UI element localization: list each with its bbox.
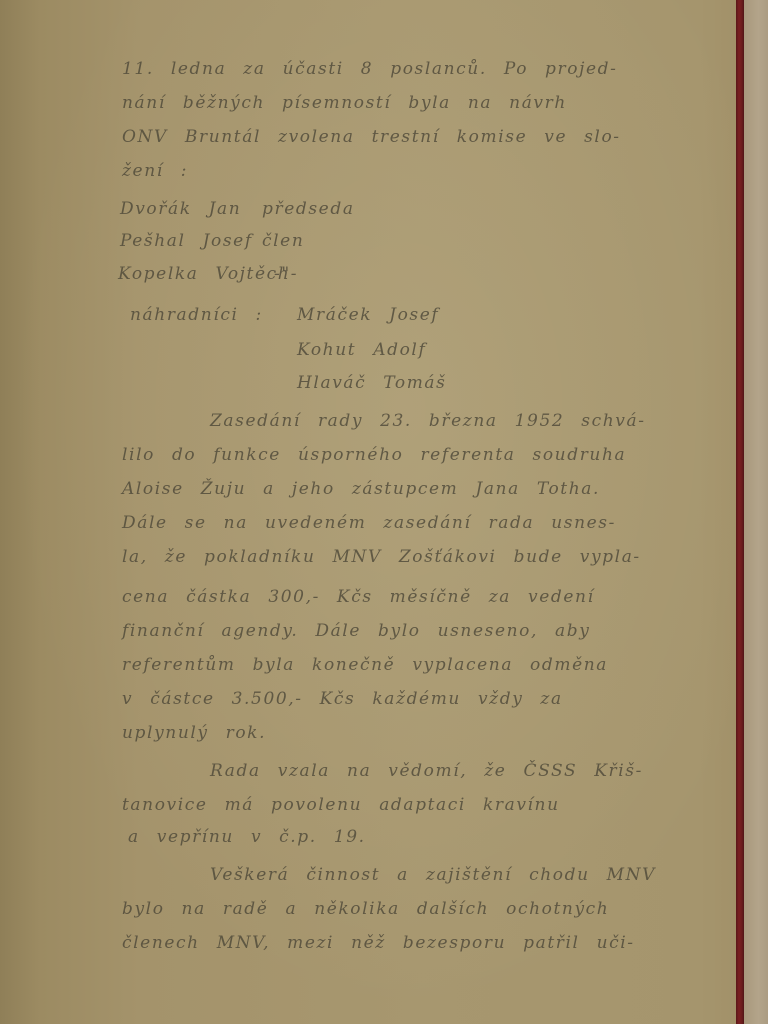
substitutes-label: náhradníci : xyxy=(130,298,263,332)
text-line: nání běžných písemností byla na návrh xyxy=(122,86,567,120)
text-line: Aloise Žuju a jeho zástupcem Jana Totha. xyxy=(122,472,600,506)
text-line: referentům byla konečně vyplacena odměna xyxy=(122,648,608,682)
member-role: -"- xyxy=(274,257,298,291)
text-line: Rada vzala na vědomí, že ČSSS Křiš- xyxy=(210,754,643,788)
member-role: člen xyxy=(262,224,304,258)
member-name: Dvořák Jan xyxy=(120,192,241,226)
text-line: cena částka 300,- Kčs měsíčně za vedení xyxy=(122,580,595,614)
text-line: ONV Bruntál zvolena trestní komise ve sl… xyxy=(122,120,621,154)
text-line: v částce 3.500,- Kčs každému vždy za xyxy=(122,682,563,716)
text-line: lilo do funkce úsporného referenta soudr… xyxy=(122,438,626,472)
text-line: členech MNV, mezi něž bezesporu patřil u… xyxy=(122,926,635,960)
member-name: Pešhal Josef xyxy=(120,224,253,258)
text-line: žení : xyxy=(122,154,188,188)
substitute-name: Mráček Josef xyxy=(297,298,439,332)
text-line: bylo na radě a několika dalších ochotnýc… xyxy=(122,892,609,926)
book-cover-edge xyxy=(744,0,768,1024)
text-line: 11. ledna za účasti 8 poslanců. Po proje… xyxy=(122,52,617,86)
substitute-name: Kohut Adolf xyxy=(297,333,426,367)
text-line: Veškerá činnost a zajištění chodu MNV xyxy=(210,858,656,892)
text-line: la, že pokladníku MNV Zošťákovi bude vyp… xyxy=(122,540,641,574)
document-photo: 11. ledna za účasti 8 poslanců. Po proje… xyxy=(0,0,768,1024)
red-binding-edge xyxy=(736,0,744,1024)
text-line: Dále se na uvedeném zasedání rada usnes- xyxy=(122,506,616,540)
text-line: a vepřínu v č.p. 19. xyxy=(128,820,366,854)
member-role: předseda xyxy=(262,192,355,226)
text-line: uplynulý rok. xyxy=(122,716,266,750)
text-line: tanovice má povolenu adaptaci kravínu xyxy=(122,788,560,822)
text-line: finanční agendy. Dále bylo usneseno, aby xyxy=(122,614,590,648)
substitute-name: Hlaváč Tomáš xyxy=(297,366,447,400)
text-line: Zasedání rady 23. března 1952 schvá- xyxy=(210,404,646,438)
member-name: Kopelka Vojtěch xyxy=(118,257,290,291)
chronicle-page: 11. ledna za účasti 8 poslanců. Po proje… xyxy=(0,0,736,1024)
